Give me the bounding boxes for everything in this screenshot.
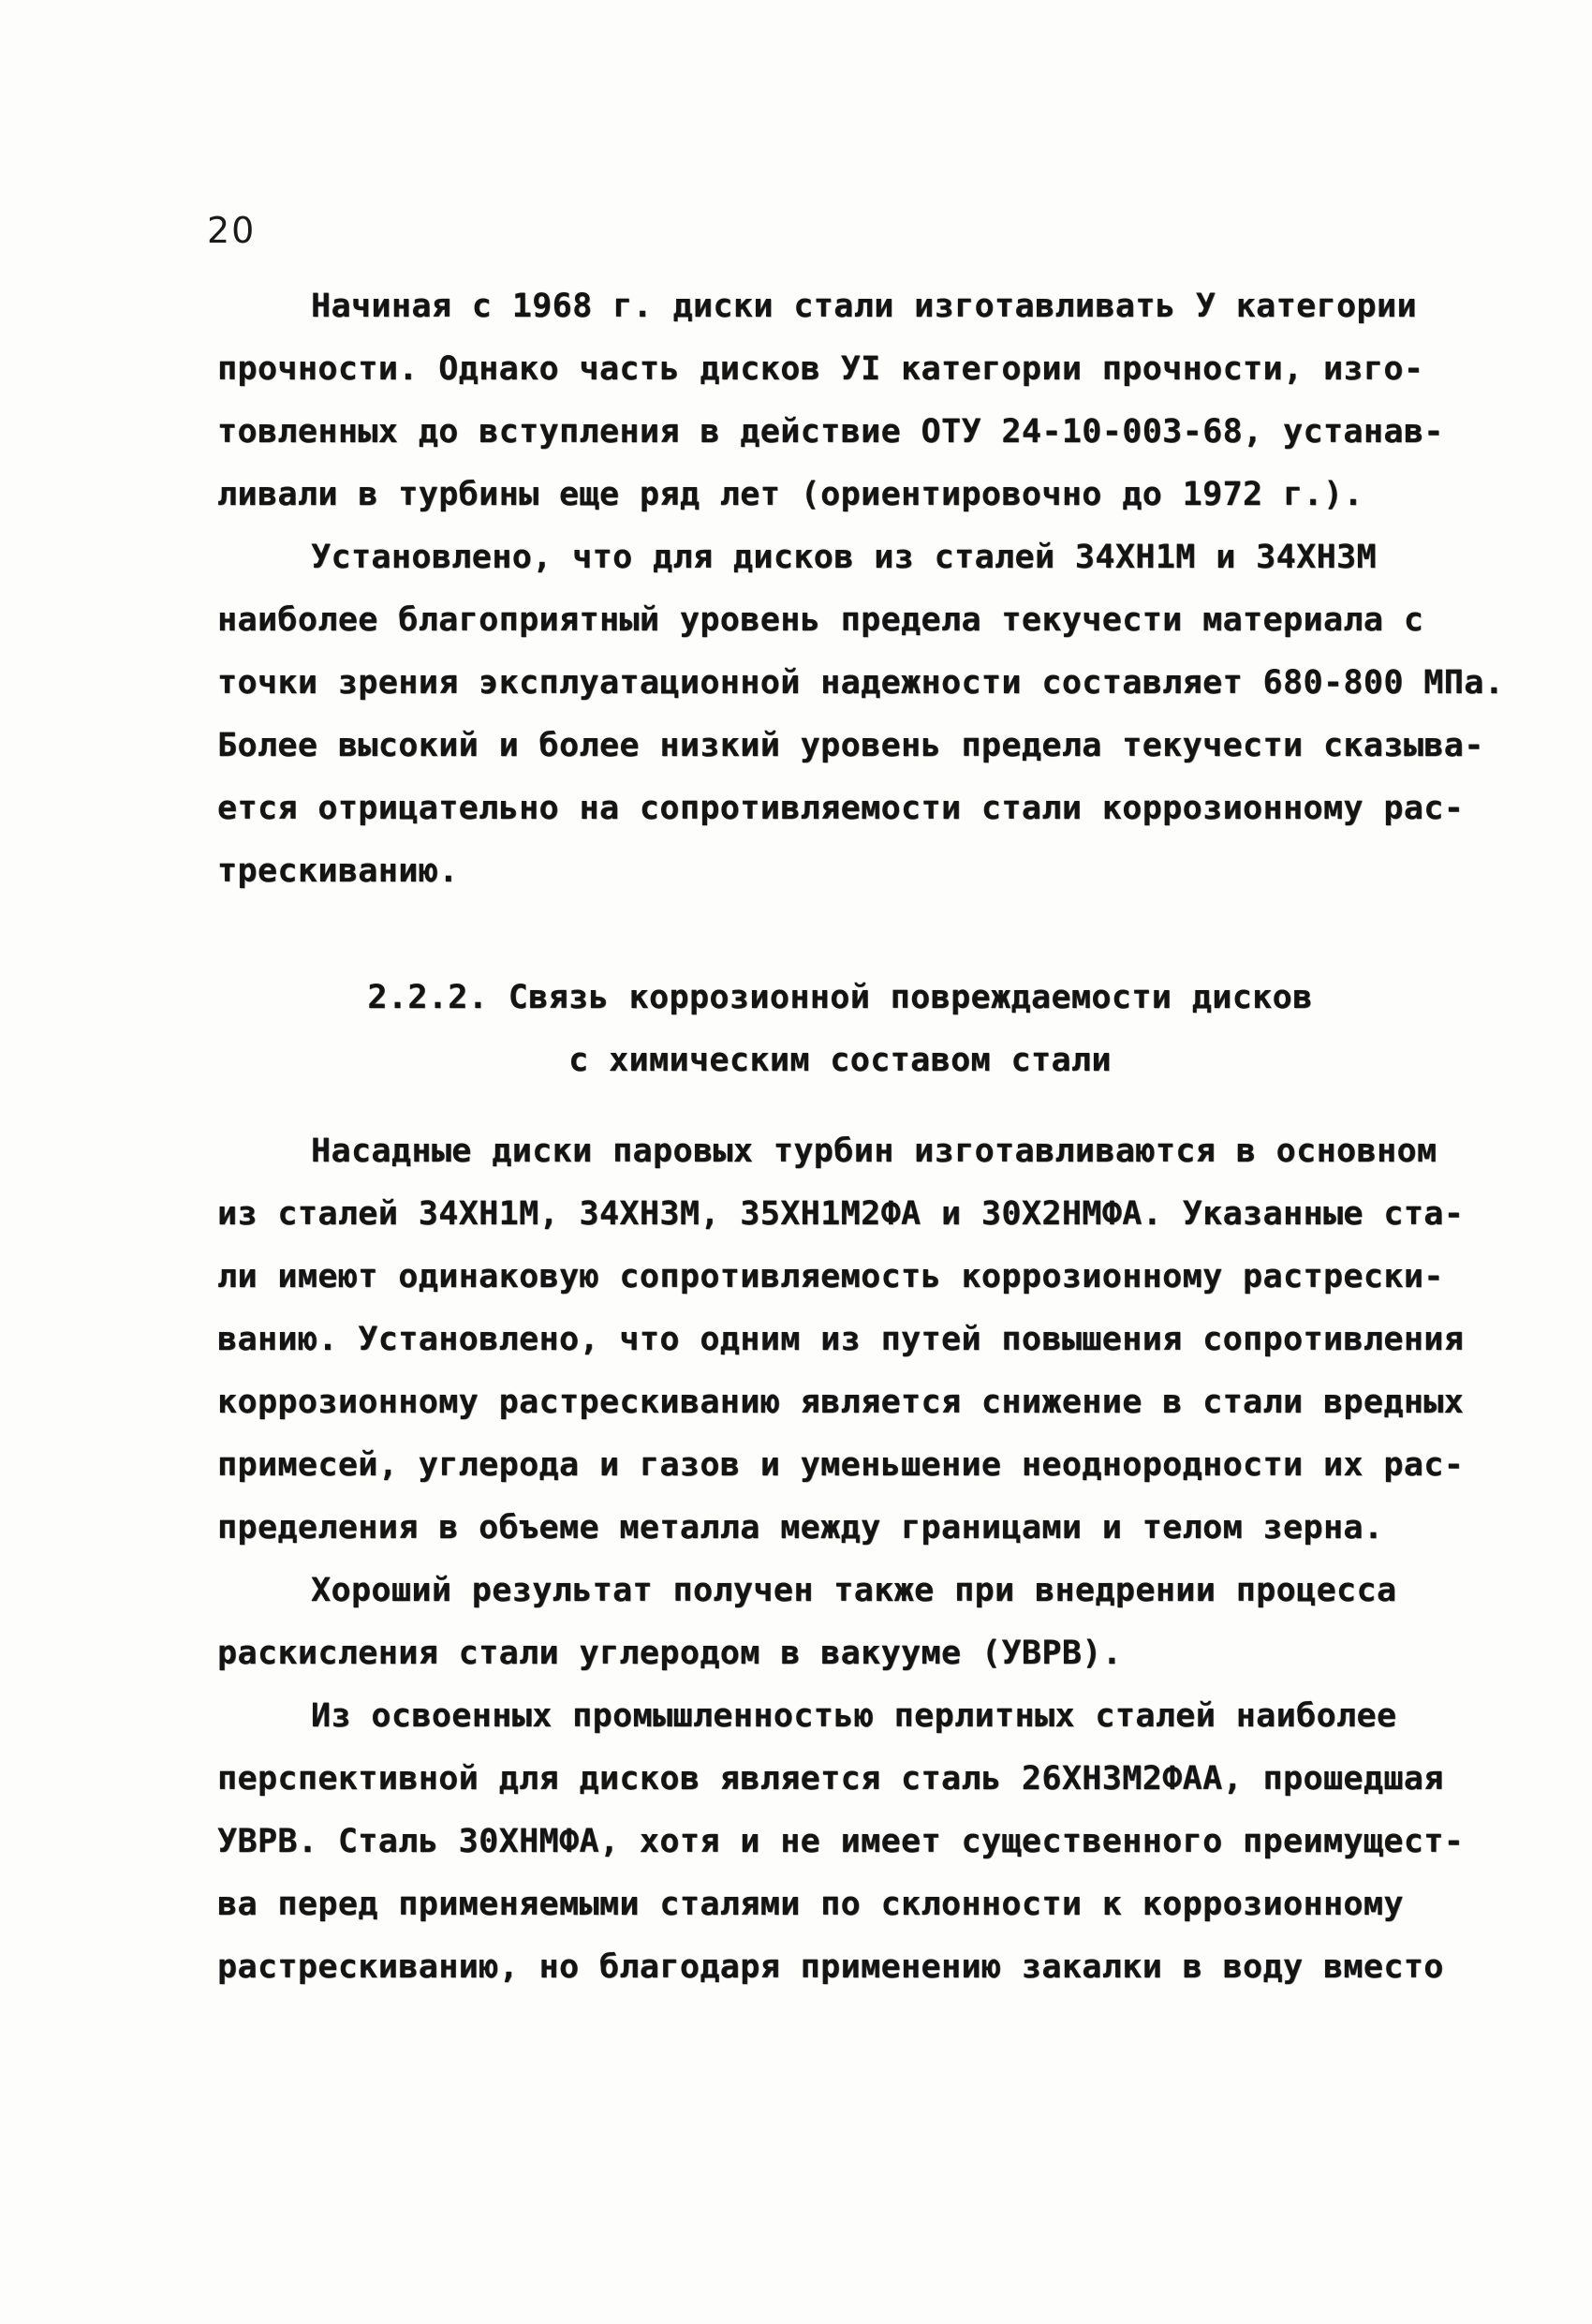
paragraph-line: коррозионному растрескиванию является сн… bbox=[217, 1371, 1463, 1434]
paragraph-2: Установлено, что для дисков из сталей 34… bbox=[217, 526, 1463, 903]
paragraph-5: Из освоенных промышленностью перлитных с… bbox=[217, 1685, 1463, 1999]
paragraph-line: из сталей 34ХН1М, 34ХН3М, 35ХН1М2ФА и 30… bbox=[217, 1183, 1463, 1246]
paragraph-line: ва перед применяемыми сталями по склонно… bbox=[217, 1873, 1463, 1936]
paragraph-line: Насадные диски паровых турбин изготавлив… bbox=[217, 1120, 1463, 1183]
paragraph-line: ли имеют одинаковую сопротивляемость кор… bbox=[217, 1246, 1463, 1309]
paragraph-line: растрескиванию, но благодаря применению … bbox=[217, 1936, 1463, 1999]
scanned-document-page: 20 Начиная с 1968 г. диски стали изготав… bbox=[0, 0, 1592, 2324]
section-heading: 2.2.2. Связь коррозионной повреждаемости… bbox=[217, 967, 1463, 1092]
section-heading-line-2: с химическим составом стали bbox=[217, 1029, 1463, 1092]
page-text-block: Начиная с 1968 г. диски стали изготавлив… bbox=[217, 275, 1463, 1999]
page-number: 20 bbox=[207, 210, 256, 251]
paragraph-line: прочности. Однако часть дисков УI катего… bbox=[217, 338, 1463, 401]
paragraph-3: Насадные диски паровых турбин изготавлив… bbox=[217, 1120, 1463, 1560]
paragraph-line: ванию. Установлено, что одним из путей п… bbox=[217, 1309, 1463, 1371]
paragraph-line: Хороший результат получен также при внед… bbox=[217, 1560, 1463, 1622]
paragraph-line: примесей, углерода и газов и уменьшение … bbox=[217, 1434, 1463, 1497]
paragraph-4: Хороший результат получен также при внед… bbox=[217, 1560, 1463, 1685]
paragraph-1: Начиная с 1968 г. диски стали изготавлив… bbox=[217, 275, 1463, 526]
paragraph-line: Более высокий и более низкий уровень пре… bbox=[217, 715, 1463, 777]
section-heading-line-1: 2.2.2. Связь коррозионной повреждаемости… bbox=[217, 967, 1463, 1029]
paragraph-line: раскисления стали углеродом в вакууме (У… bbox=[217, 1622, 1463, 1685]
paragraph-line: ется отрицательно на сопротивляемости ст… bbox=[217, 777, 1463, 840]
paragraph-line: наиболее благоприятный уровень предела т… bbox=[217, 589, 1463, 652]
paragraph-line: УВРВ. Сталь 30ХНМФА, хотя и не имеет сущ… bbox=[217, 1811, 1463, 1873]
paragraph-line: пределения в объеме металла между границ… bbox=[217, 1497, 1463, 1560]
paragraph-line: точки зрения эксплуатационной надежности… bbox=[217, 652, 1463, 715]
paragraph-line: перспективной для дисков является сталь … bbox=[217, 1748, 1463, 1811]
paragraph-line: товленных до вступления в действие ОТУ 2… bbox=[217, 401, 1463, 464]
paragraph-line: трескиванию. bbox=[217, 840, 1463, 903]
paragraph-line: Из освоенных промышленностью перлитных с… bbox=[217, 1685, 1463, 1748]
paragraph-line: ливали в турбины еще ряд лет (ориентиров… bbox=[217, 464, 1463, 526]
paragraph-line: Установлено, что для дисков из сталей 34… bbox=[217, 526, 1463, 589]
paragraph-line: Начиная с 1968 г. диски стали изготавлив… bbox=[217, 275, 1463, 338]
